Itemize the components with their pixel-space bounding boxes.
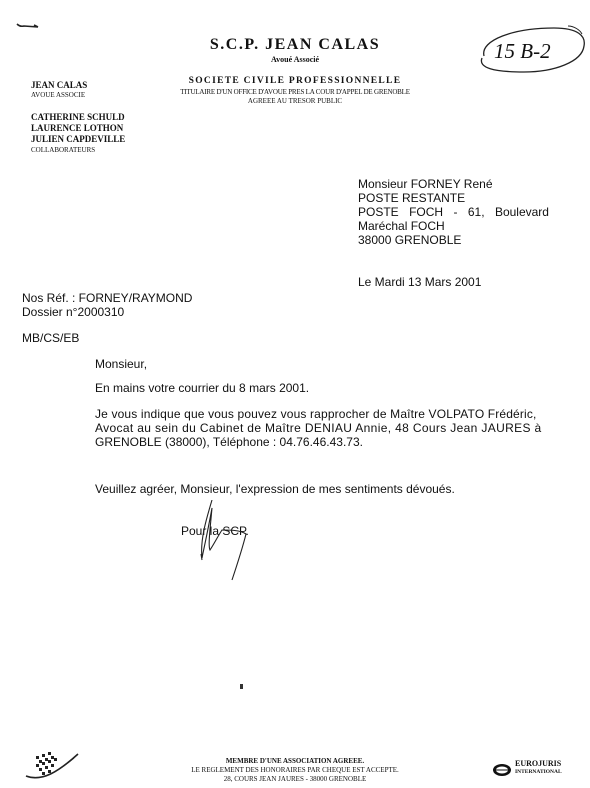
collaborator-name: LAURENCE LOTHON — [31, 123, 123, 133]
company-agreement-line: AGREEE AU TRESOR PUBLIC — [0, 97, 590, 105]
eurojuris-subtitle: INTERNATIONAL — [515, 769, 562, 775]
dossier-number: Dossier n°2000310 — [22, 305, 124, 319]
recipient-city: 38000 GRENOBLE — [358, 233, 461, 247]
body-paragraph-2-line: Avocat au sein du Cabinet de Maître DENI… — [95, 421, 542, 435]
body-paragraph-1: En mains votre courrier du 8 mars 2001. — [95, 381, 309, 395]
handwritten-reference-stamp: 15 B-2 — [474, 22, 590, 78]
letter-date: Le Mardi 13 Mars 2001 — [358, 275, 481, 289]
eurojuris-name: EUROJURIS — [515, 759, 561, 768]
address-word: POSTE — [358, 205, 399, 219]
address-word: - — [453, 205, 457, 219]
our-reference: Nos Réf. : FORNEY/RAYMOND — [22, 291, 192, 305]
handwritten-ref-text: 15 B-2 — [494, 39, 551, 63]
closing-formula: Veuillez agréer, Monsieur, l'expression … — [95, 482, 455, 496]
collaborators-title: COLLABORATEURS — [31, 146, 95, 154]
body-paragraph-2-line: GRENOBLE (38000), Téléphone : 04.76.46.4… — [95, 435, 363, 449]
company-office-line: TITULAIRE D'UN OFFICE D'AVOUE PRES LA CO… — [0, 88, 590, 96]
recipient-line2: POSTE RESTANTE — [358, 191, 465, 205]
corner-pen-mark-icon — [16, 22, 40, 30]
address-word: Boulevard — [495, 205, 549, 219]
body-paragraph-2-line: Je vous indique que vous pouvez vous rap… — [95, 407, 536, 421]
associate-title: AVOUE ASSOCIE — [31, 91, 85, 99]
handwritten-signature — [150, 500, 290, 600]
salutation: Monsieur, — [95, 357, 147, 371]
scan-speck — [240, 684, 243, 689]
initials: MB/CS/EB — [22, 331, 79, 345]
recipient-line4: Maréchal FOCH — [358, 219, 445, 233]
recipient-line3: POSTE FOCH - 61, Boulevard — [358, 205, 549, 219]
recipient-name: Monsieur FORNEY René — [358, 177, 493, 191]
address-word: FOCH — [409, 205, 443, 219]
collaborator-name: JULIEN CAPDEVILLE — [31, 134, 125, 144]
collaborator-name: CATHERINE SCHULD — [31, 112, 125, 122]
associate-name: JEAN CALAS — [31, 80, 87, 90]
address-word: 61, — [468, 205, 485, 219]
